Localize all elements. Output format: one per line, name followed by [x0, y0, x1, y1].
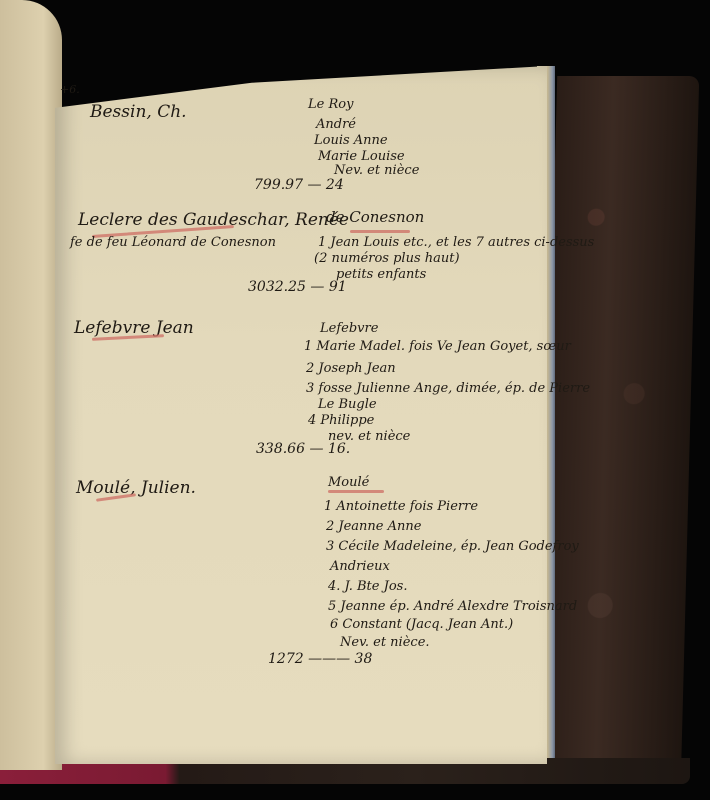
entry-2-amount: 3032.25 — 91 — [248, 280, 347, 294]
entry-4-heir: 4. J. Bte Jos. — [328, 580, 407, 593]
entry-1-amount: 799.97 — 24 — [254, 178, 344, 192]
entry-4-heir: 6 Constant (Jacq. Jean Ant.) — [330, 618, 513, 631]
entry-2-heir: (2 numéros plus haut) — [314, 252, 460, 265]
entry-4-heir: 3 Cécile Madeleine, ép. Jean Godefroy — [326, 540, 579, 553]
entry-1-heir: Nev. et nièce — [334, 164, 419, 177]
entry-3-heir: Le Bugle — [318, 398, 377, 411]
ledger-photo: +6. Bessin, Ch. Le Roy André Louis Anne … — [0, 0, 710, 800]
red-underline — [350, 230, 410, 233]
entry-3-heir: 1 Marie Madel. fois Ve Jean Goyet, sœur — [304, 340, 571, 353]
entry-1-heir: Marie Louise — [318, 150, 405, 163]
entry-4-family: Moulé — [328, 476, 369, 489]
entry-4-heir: Andrieux — [330, 560, 390, 573]
entry-4-deceased: Moulé, Julien. — [76, 480, 196, 497]
page-marker: +6. — [60, 84, 80, 95]
entry-4-heir: 2 Jeanne Anne — [326, 520, 421, 533]
entry-3-heir: 2 Joseph Jean — [306, 362, 396, 375]
entry-4-amount: 1272 ——— 38 — [268, 652, 372, 666]
left-page-curl — [0, 0, 62, 770]
entry-4-heir: 1 Antoinette fois Pierre — [324, 500, 478, 513]
entry-2-family: de Conesnon — [326, 210, 424, 225]
book-cover-right — [539, 76, 699, 782]
entry-4-heir: Nev. et nièce. — [340, 636, 430, 649]
entry-1-deceased: Bessin, Ch. — [90, 104, 187, 121]
entry-1-family: Le Roy — [308, 98, 353, 111]
entry-3-family: Lefebvre — [320, 322, 378, 335]
entry-3-heir: 3 fosse Julienne Ange, dimée, ép. de Pie… — [306, 382, 590, 395]
entry-3-deceased: Lefebvre Jean — [74, 320, 194, 337]
entry-1-heir: Louis Anne — [314, 134, 388, 147]
entry-2-note: fe de feu Léonard de Conesnon — [70, 236, 276, 249]
entry-4-heir: 5 Jeanne ép. André Alexdre Troisnard — [328, 600, 577, 613]
entry-1-heir: André — [316, 118, 356, 131]
entry-2-heir: petits enfants — [336, 268, 426, 281]
entry-3-heir: 4 Philippe — [308, 414, 374, 427]
entry-2-heir: 1 Jean Louis etc., et les 7 autres ci-de… — [318, 236, 594, 249]
entry-3-amount: 338.66 — 16. — [256, 442, 350, 456]
red-underline — [328, 490, 384, 493]
